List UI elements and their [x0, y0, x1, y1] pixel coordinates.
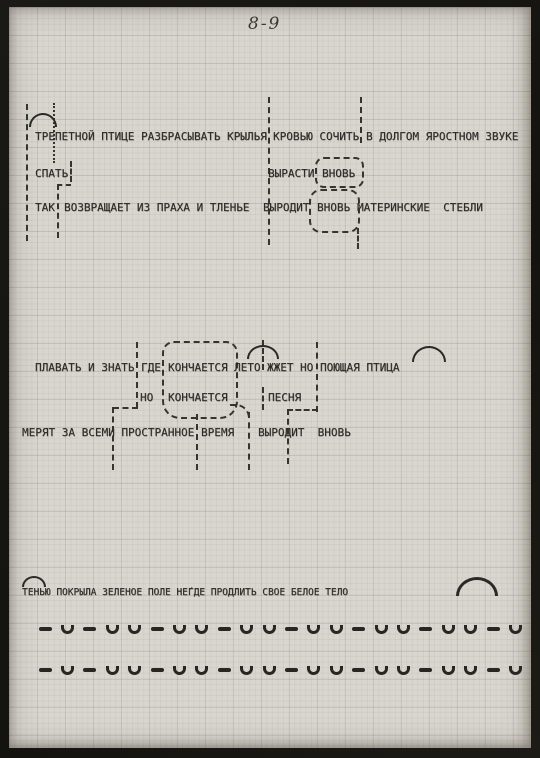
- scansion-breve-symbol: [459, 623, 481, 637]
- scansion-dash-symbol: [280, 623, 302, 637]
- scansion-dash-symbol: [482, 664, 504, 678]
- poem-line: КОНЧАЕТСЯ: [168, 391, 228, 404]
- scansion-breve-symbol: [303, 664, 325, 678]
- dashed-box-konchaetsya: [162, 341, 238, 419]
- dashed-line-tak-vozvrashchaet: [57, 184, 59, 238]
- poem-line: ТРЕПЕТНОЙ ПТИЦЕ РАЗБРАСЫВАТЬ КРЫЛЬЯ: [35, 130, 267, 143]
- poem-line: ВРЕМЯ: [201, 426, 234, 439]
- scansion-breve-symbol: [168, 623, 190, 637]
- poem-line: ЛЕТО: [234, 361, 261, 374]
- page-number: 8-9: [248, 14, 281, 34]
- poem-line: ГДЕ: [141, 361, 161, 374]
- scansion-breve-symbol: [101, 623, 123, 637]
- scansion-dash-symbol: [213, 623, 235, 637]
- scansion-breve-symbol: [56, 623, 78, 637]
- poem-line: ВНОВЬ: [317, 201, 350, 214]
- scansion-breve-symbol: [459, 664, 481, 678]
- poem-line: ВНОВЬ: [322, 167, 355, 180]
- poem-line: КРОВЬЮ СОЧИТЬ: [273, 130, 359, 143]
- scansion-breve-symbol: [325, 664, 347, 678]
- scansion-breve-symbol: [258, 664, 280, 678]
- poem-line: НО: [140, 391, 153, 404]
- scansion-dash-symbol: [34, 664, 56, 678]
- dashed-line-pesnya-left: [262, 387, 264, 410]
- poem-line: ТЕНЬЮ ПОКРЫЛА ЗЕЛЕНОЕ ПОЛЕ НЕ́ГДЕ ПРОДЛИ…: [22, 587, 348, 598]
- poem-line: МЕРЯТ ЗА ВСЕМИ ПРОСТРАННОЕ: [22, 426, 194, 439]
- poem-line: ЖЖЕТ: [267, 361, 294, 374]
- dashed-line-sochit-v: [360, 97, 362, 143]
- scansion-dash-symbol: [415, 664, 437, 678]
- scansion-breve-symbol: [437, 623, 459, 637]
- scansion-breve-symbol: [370, 623, 392, 637]
- scansion-dash-symbol: [347, 664, 369, 678]
- scansion-breve-symbol: [504, 623, 526, 637]
- poem-line: ПОЮЩАЯ ПТИЦА: [320, 361, 399, 374]
- scansion-dash-symbol: [34, 623, 56, 637]
- scansion-dash-symbol: [213, 664, 235, 678]
- dashed-line-vremya-vyrodit: [248, 412, 250, 470]
- poem-line: КОНЧАЕТСЯ: [168, 361, 228, 374]
- scansion-dash-symbol: [79, 623, 101, 637]
- dashed-line-before-vremya: [196, 414, 198, 470]
- dashed-line-right-tail: [357, 228, 359, 249]
- dashed-line-znat-gde: [136, 342, 138, 408]
- dashed-bracket-dit-top: [287, 409, 318, 411]
- scansion-breve-symbol: [437, 664, 459, 678]
- poem-line: МАТЕРИНСКИЕ СТЕБЛИ: [357, 201, 483, 214]
- poem-line: ВЫРОДИТ: [263, 201, 309, 214]
- poem-line: ПЛАВАТЬ И ЗНАТЬ: [35, 361, 134, 374]
- scansion-row: [34, 623, 527, 637]
- scansion-breve-symbol: [56, 664, 78, 678]
- poem-line: ТАК: [35, 201, 55, 214]
- scansion-breve-symbol: [236, 623, 258, 637]
- scansion-breve-symbol: [191, 623, 213, 637]
- scansion-breve-symbol: [370, 664, 392, 678]
- scansion-dash-symbol: [79, 664, 101, 678]
- scansion-dash-symbol: [146, 623, 168, 637]
- scansion-breve-symbol: [258, 623, 280, 637]
- poem-line: ВЫРОДИТ ВНОВЬ: [258, 426, 351, 439]
- dashed-step-horizontal: [113, 407, 138, 409]
- poem-line: ВЫРАСТИ: [268, 167, 314, 180]
- scansion-breve-symbol: [124, 623, 146, 637]
- scansion-breve-symbol: [392, 664, 414, 678]
- scansion-breve-symbol: [236, 664, 258, 678]
- scansion-dash-symbol: [415, 623, 437, 637]
- scansion-dash-symbol: [146, 664, 168, 678]
- poem-line: НО: [300, 361, 313, 374]
- dashed-line-left-margin: [26, 104, 28, 241]
- scansion-breve-symbol: [124, 664, 146, 678]
- scansion-breve-symbol: [101, 664, 123, 678]
- poem-line: ВОЗВРАЩАЕТ ИЗ ПРАХА И ТЛЕНЬЕ: [64, 201, 249, 214]
- poem-line: ПЕСНЯ: [268, 391, 301, 404]
- scansion-breve-symbol: [191, 664, 213, 678]
- scansion-dash-symbol: [482, 623, 504, 637]
- scansion-row: [34, 664, 527, 678]
- poem-line: В ДОЛГОМ ЯРОСТНОМ ЗВУКЕ: [366, 130, 518, 143]
- scansion-breve-symbol: [504, 664, 526, 678]
- scansion-breve-symbol: [392, 623, 414, 637]
- scansion-dash-symbol: [347, 623, 369, 637]
- dashed-line-after-spat: [70, 161, 72, 182]
- scansion-breve-symbol: [325, 623, 347, 637]
- dashed-bracket-tak-top: [57, 184, 71, 186]
- poem-line: СПАТЬ: [35, 167, 68, 180]
- dashed-line-no-poyushchaya: [316, 342, 318, 412]
- scansion-breve-symbol: [168, 664, 190, 678]
- scansion-dash-symbol: [280, 664, 302, 678]
- scanned-page: 8-9 ТРЕПЕТНОЙ ПТИЦЕ РАЗБРАСЫВАТЬ КРЫЛЬЯ …: [0, 0, 540, 758]
- scansion-breve-symbol: [303, 623, 325, 637]
